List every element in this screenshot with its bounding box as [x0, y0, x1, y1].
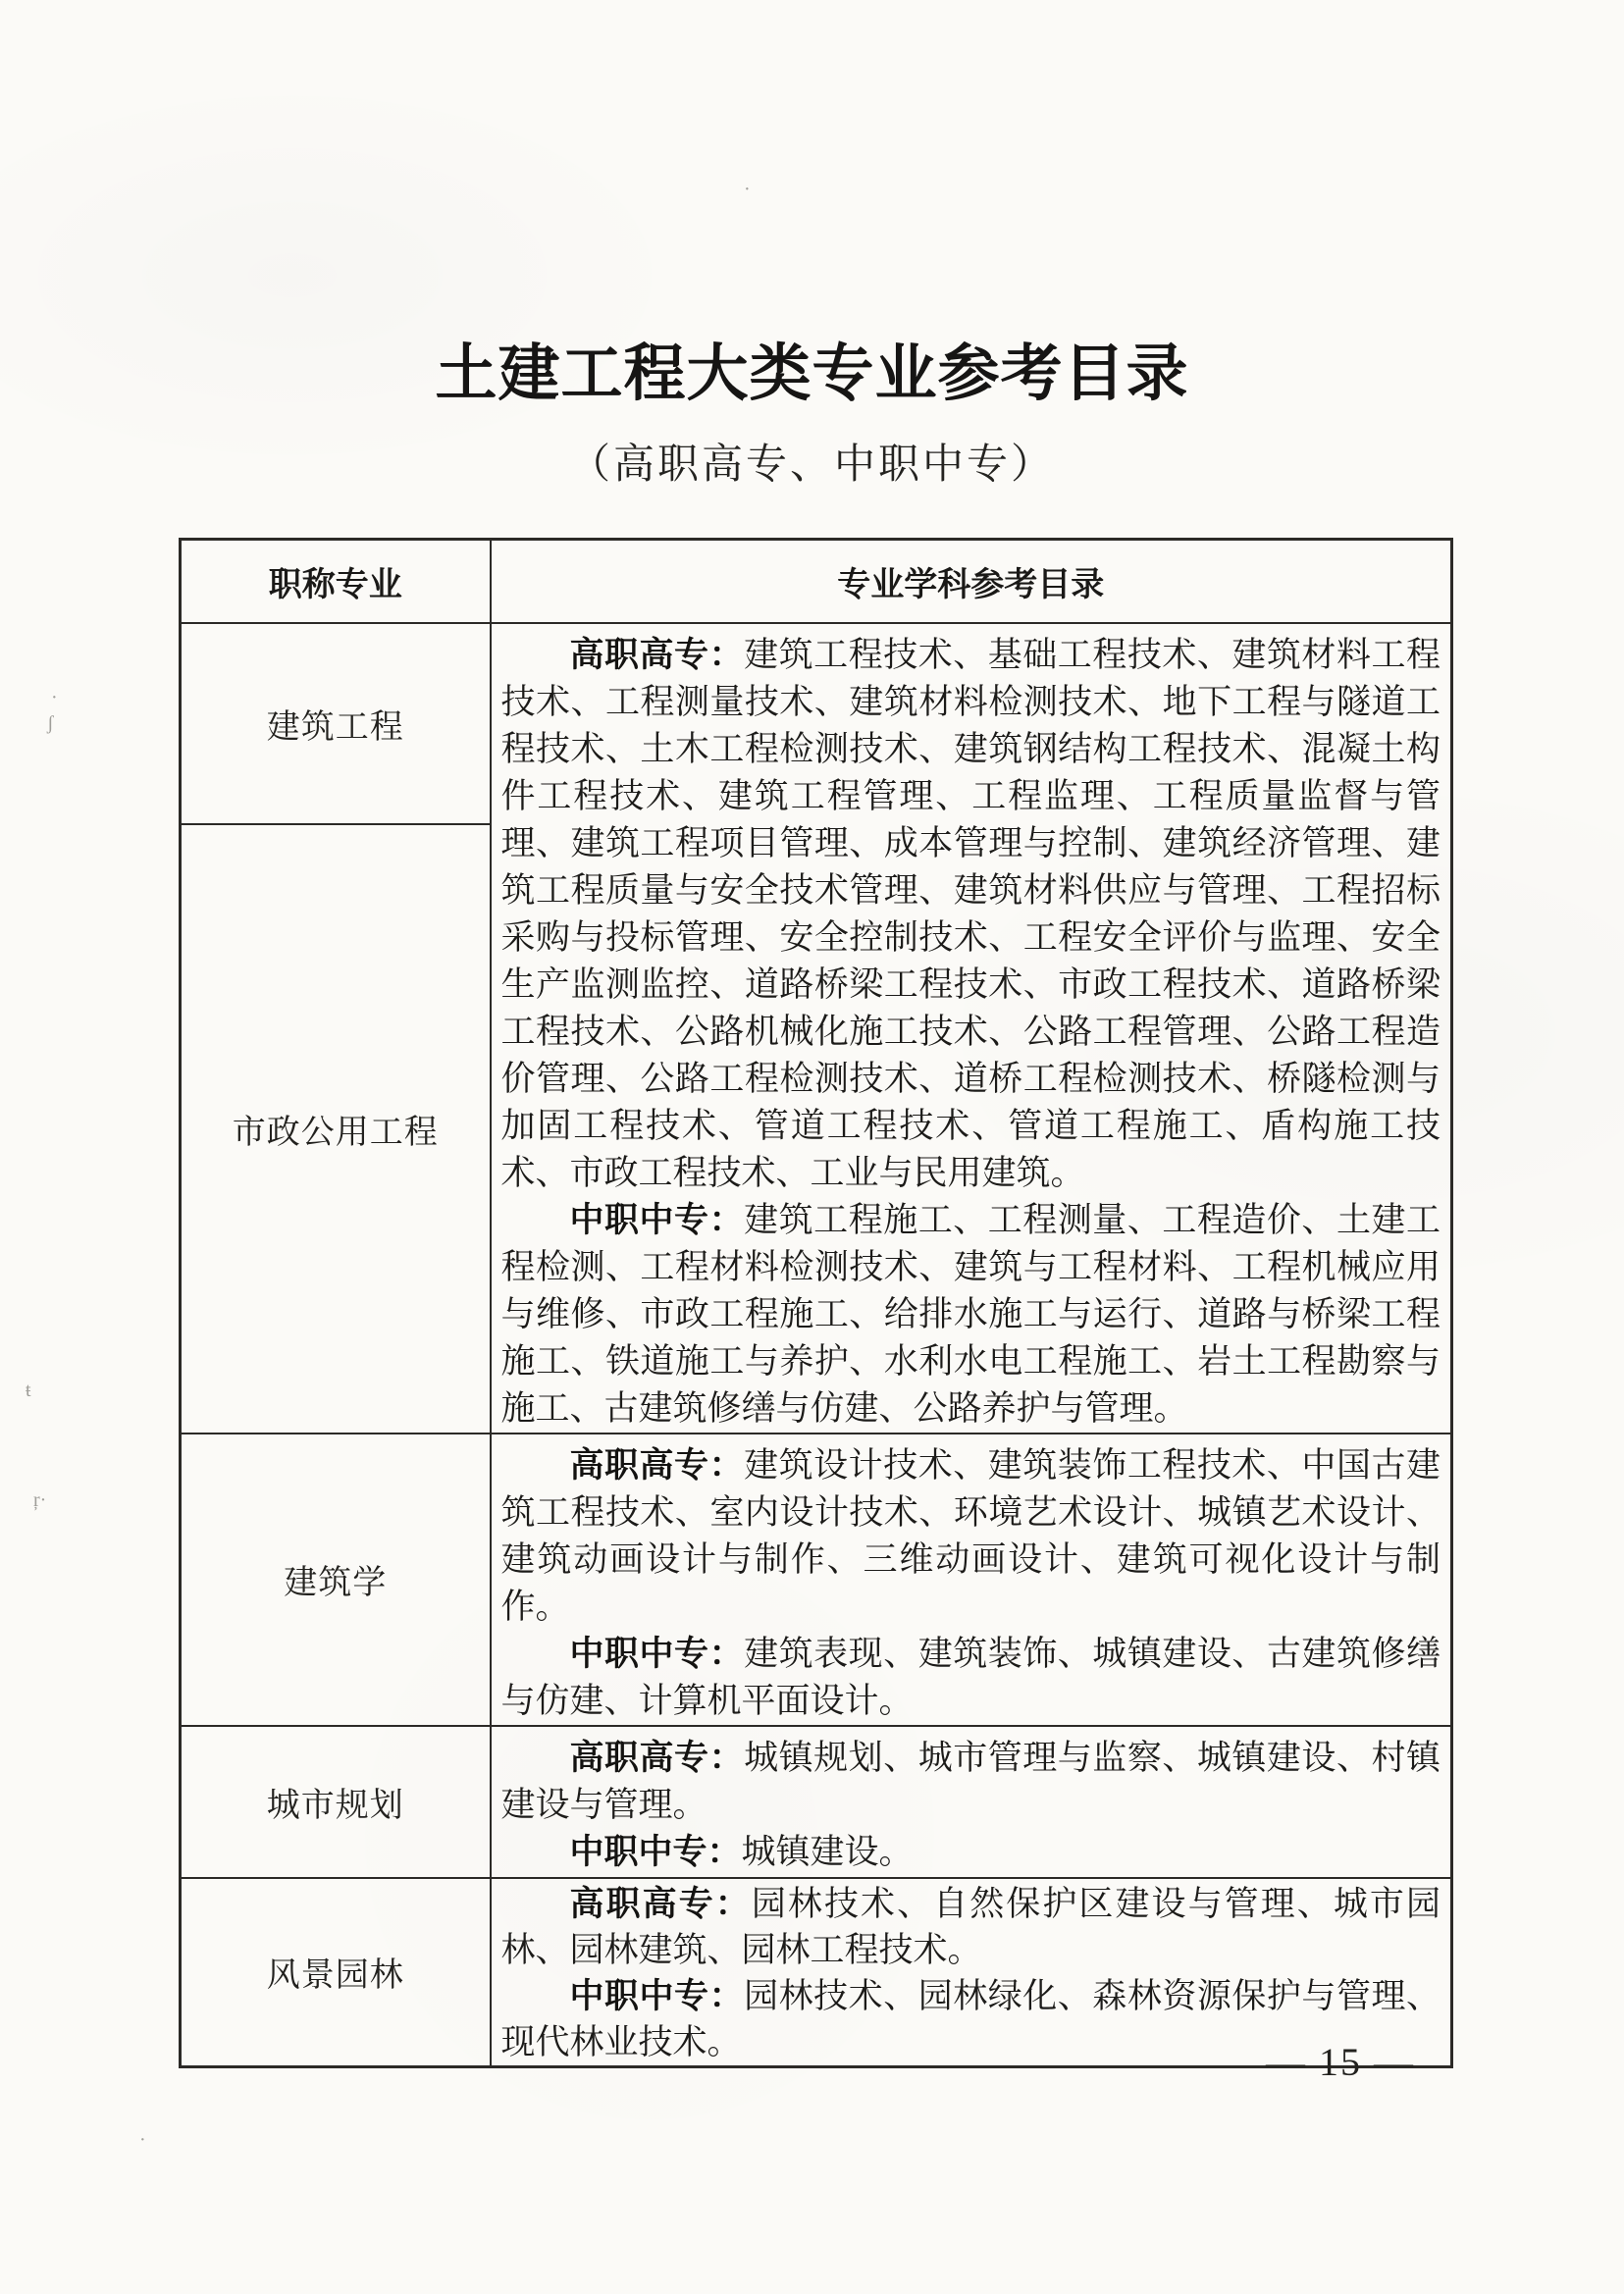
row-label-urban-planning: 城市规划	[181, 1726, 491, 1878]
row-label-construction-engineering: 建筑工程	[181, 623, 491, 824]
paragraph-prefix: 中职中专：	[570, 1635, 745, 1673]
directory-paragraph: 中职中专：建筑工程施工、工程测量、工程造价、土建工程检测、工程材料检测技术、建筑…	[501, 1197, 1441, 1433]
paragraph-prefix: 高职高专：	[570, 1885, 752, 1923]
scan-artifact: ·	[51, 687, 58, 709]
cell-text-architecture: 高职高专：建筑设计技术、建筑装饰工程技术、中国古建筑工程技术、室内设计技术、环境…	[491, 1434, 1452, 1726]
scan-artifact: ŧ	[26, 1380, 31, 1402]
table-row: 风景园林 高职高专：园林技术、自然保护区建设与管理、城市园林、园林建筑、园林工程…	[181, 1878, 1452, 2067]
scan-artifact: ·	[139, 2129, 146, 2152]
directory-paragraph: 中职中专：建筑表现、建筑装饰、城镇建设、古建筑修缮与仿建、计算机平面设计。	[501, 1631, 1441, 1725]
directory-paragraph: 中职中专：城镇建设。	[501, 1829, 1441, 1876]
cell-text-urban-planning: 高职高专：城镇规划、城市管理与监察、城镇建设、村镇建设与管理。中职中专：城镇建设…	[491, 1726, 1452, 1878]
paragraph-prefix: 高职高专：	[570, 636, 745, 674]
reference-directory-table: 职称专业 专业学科参考目录 建筑工程 高职高专：建筑工程技术、基础工程技术、建筑…	[179, 538, 1453, 2068]
row-label-architecture: 建筑学	[181, 1434, 491, 1726]
paragraph-prefix: 高职高专：	[570, 1739, 745, 1777]
row-label-municipal-public-engineering: 市政公用工程	[181, 824, 491, 1434]
scan-artifact: ŗ·	[33, 1489, 46, 1512]
paragraph-prefix: 中职中专：	[570, 1833, 742, 1871]
paragraph-prefix: 中职中专：	[570, 1201, 745, 1239]
paragraph-prefix: 中职中专：	[570, 1977, 745, 2015]
paragraph-prefix: 高职高专：	[570, 1446, 745, 1485]
page-title: 土建工程大类专业参考目录	[0, 324, 1624, 413]
directory-paragraph: 高职高专：建筑设计技术、建筑装饰工程技术、中国古建筑工程技术、室内设计技术、环境…	[501, 1442, 1441, 1631]
header-cell-directory: 专业学科参考目录	[491, 540, 1452, 623]
directory-paragraph: 高职高专：城镇规划、城市管理与监察、城镇建设、村镇建设与管理。	[501, 1735, 1441, 1829]
table-row: 建筑工程 高职高专：建筑工程技术、基础工程技术、建筑材料工程技术、工程测量技术、…	[181, 623, 1452, 824]
directory-paragraph: 高职高专：建筑工程技术、基础工程技术、建筑材料工程技术、工程测量技术、建筑材料检…	[501, 632, 1441, 1197]
scan-artifact: ʃ	[47, 712, 54, 735]
scan-artifact: ·	[744, 179, 751, 201]
page-subtitle: （高职高专、中职中专）	[0, 432, 1624, 491]
scanned-document-page: 土建工程大类专业参考目录 （高职高专、中职中专） 职称专业 专业学科参考目录 建…	[0, 0, 1624, 2294]
header-cell-profession: 职称专业	[181, 540, 491, 623]
page-number: — 15 —	[1266, 2039, 1415, 2085]
directory-paragraph: 高职高专：园林技术、自然保护区建设与管理、城市园林、园林建筑、园林工程技术。	[501, 1881, 1441, 1973]
table-row: 建筑学 高职高专：建筑设计技术、建筑装饰工程技术、中国古建筑工程技术、室内设计技…	[181, 1434, 1452, 1726]
table-header-row: 职称专业 专业学科参考目录	[181, 540, 1452, 623]
row-label-landscape-architecture: 风景园林	[181, 1878, 491, 2067]
table-row: 城市规划 高职高专：城镇规划、城市管理与监察、城镇建设、村镇建设与管理。中职中专…	[181, 1726, 1452, 1878]
cell-text-construction-municipal: 高职高专：建筑工程技术、基础工程技术、建筑材料工程技术、工程测量技术、建筑材料检…	[491, 623, 1452, 1434]
